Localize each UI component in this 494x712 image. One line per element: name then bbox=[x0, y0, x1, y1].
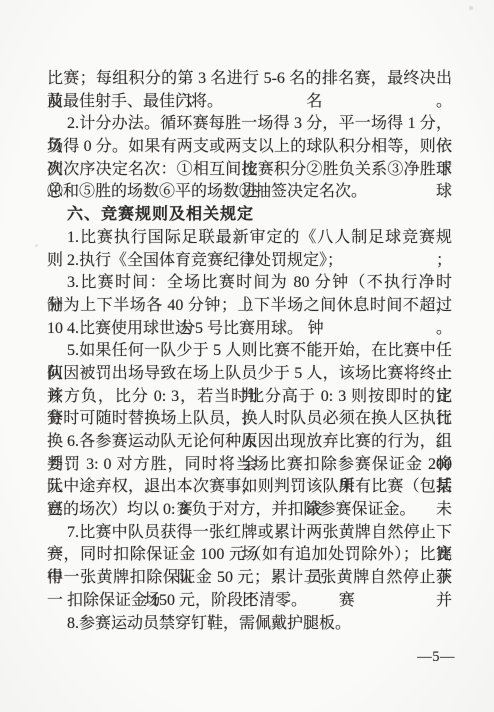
text-line: 队因被罚出场导致在场上队员少于 5 人，该场比赛将终止并判定 bbox=[47, 363, 452, 386]
text-line: 赛，同时扣除保证金 100 元（如有追加处罚除外）；比赛中队员获 bbox=[47, 544, 452, 567]
text-line: 8.参赛运动员禁穿钉鞋，需佩戴护腿板。 bbox=[47, 613, 452, 636]
scan-speck bbox=[35, 244, 38, 247]
text-line: 分为上下半场各 40 分钟；上下半场之间休息时间不超过 10 分钟。 bbox=[47, 295, 452, 318]
text-line: 得一张黄牌扣除保证金 50 元；累计三张黄牌自然停止下一场比赛并 bbox=[47, 567, 452, 590]
text-line: 5.如果任何一队少于 5 人则比赛不能开始，在比赛中任何一 bbox=[47, 340, 452, 363]
text-line: 2.计分办法。循环赛每胜一场得 3 分，平一场得 1 分，负一 bbox=[47, 113, 452, 136]
text-line: 场得 0 分。如果有两支或两支以上的球队积分相等，则依次按下 bbox=[47, 136, 452, 159]
text-line: 赛时可随时替换场上队员，换人时队员必须在换人区执行换人。 bbox=[47, 408, 452, 431]
page-number: —5— bbox=[417, 649, 455, 666]
text-line: 1.比赛执行国际足联最新审定的《八人制足球竞赛规则》； bbox=[47, 227, 452, 250]
text-line: 判罚 3: 0 对方胜，同时将当场比赛扣除参赛保证金 200 元。如果某 bbox=[47, 454, 452, 477]
text-line: 6.各参赛运动队无论何种原因出现放弃比赛的行为，组委会将 bbox=[47, 431, 452, 454]
section-heading: 六、竞赛规则及相关规定 bbox=[47, 204, 452, 227]
text-line: 比赛；每组积分的第 3 名进行 5-6 名的排名赛，最终决出前六名。 bbox=[47, 68, 452, 91]
text-line: 7.比赛中队员获得一张红牌或累计两张黄牌自然停止下一场比 bbox=[47, 522, 452, 545]
text-line: 该方负，比分 0: 3，若当时比分高于 0: 3 则按即时的比分；比 bbox=[47, 386, 452, 409]
document-body: 比赛；每组积分的第 3 名进行 5-6 名的排名赛，最终决出前六名。 及最佳射手… bbox=[47, 68, 452, 635]
text-line: 赛的场次）均以 0: 3 负于对方，并扣除参赛保证金。 bbox=[47, 499, 452, 522]
text-line: 3.比赛时间：全场比赛时间为 80 分钟（不执行净时制）， bbox=[47, 272, 452, 295]
text-line: 列次序决定名次：①相互间比赛积分②胜负关系③净胜球④进球 bbox=[47, 159, 452, 182]
text-line: 队中途弃权，退出本次赛事，则判罚该队所有比赛（包括已赛或未 bbox=[47, 476, 452, 499]
scanned-document-page: 比赛；每组积分的第 3 名进行 5-6 名的排名赛，最终决出前六名。 及最佳射手… bbox=[0, 0, 494, 712]
scan-speck bbox=[469, 6, 473, 10]
